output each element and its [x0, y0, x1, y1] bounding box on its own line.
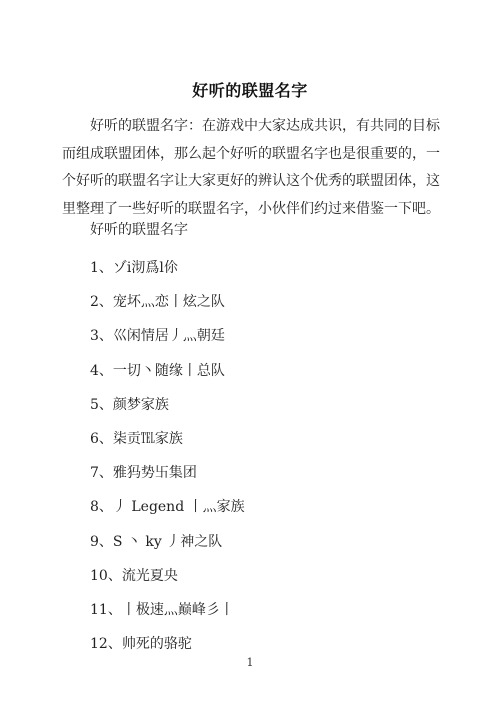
page-number: 1 [0, 656, 500, 669]
list-item: 6、柒贡℡家族 [90, 429, 245, 463]
document-title: 好听的联盟名字 [0, 78, 500, 101]
list-item: 7、雅犸势卐集团 [90, 463, 245, 497]
list-item: 9、S 丶 ky 丿神之队 [90, 532, 245, 566]
list-item: 2、宠坏灬恋丨炫之队 [90, 292, 245, 326]
list-item: 1、ゾi沏爲l伱 [90, 258, 245, 292]
list-item: 3、巛闲情居丿灬朝廷 [90, 326, 245, 360]
list-item: 4、一切丶随缘丨总队 [90, 361, 245, 395]
document-page: 好听的联盟名字 好听的联盟名字：在游戏中大家达成共识，有共同的目标而组成联盟团体… [0, 0, 500, 707]
list-item: 10、流光夏央 [90, 566, 245, 600]
name-list: 1、ゾi沏爲l伱 2、宠坏灬恋丨炫之队 3、巛闲情居丿灬朝廷 4、一切丶随缘丨总… [90, 258, 245, 668]
intro-paragraph: 好听的联盟名字：在游戏中大家达成共识，有共同的目标而组成联盟团体，那么起个好听的… [62, 113, 440, 223]
section-heading: 好听的联盟名字 [90, 220, 188, 240]
list-item: 11、丨极速灬巅峰彡丨 [90, 600, 245, 634]
list-item: 8、丿 Legend 丨灬家族 [90, 497, 245, 531]
list-item: 5、颜梦家族 [90, 395, 245, 429]
